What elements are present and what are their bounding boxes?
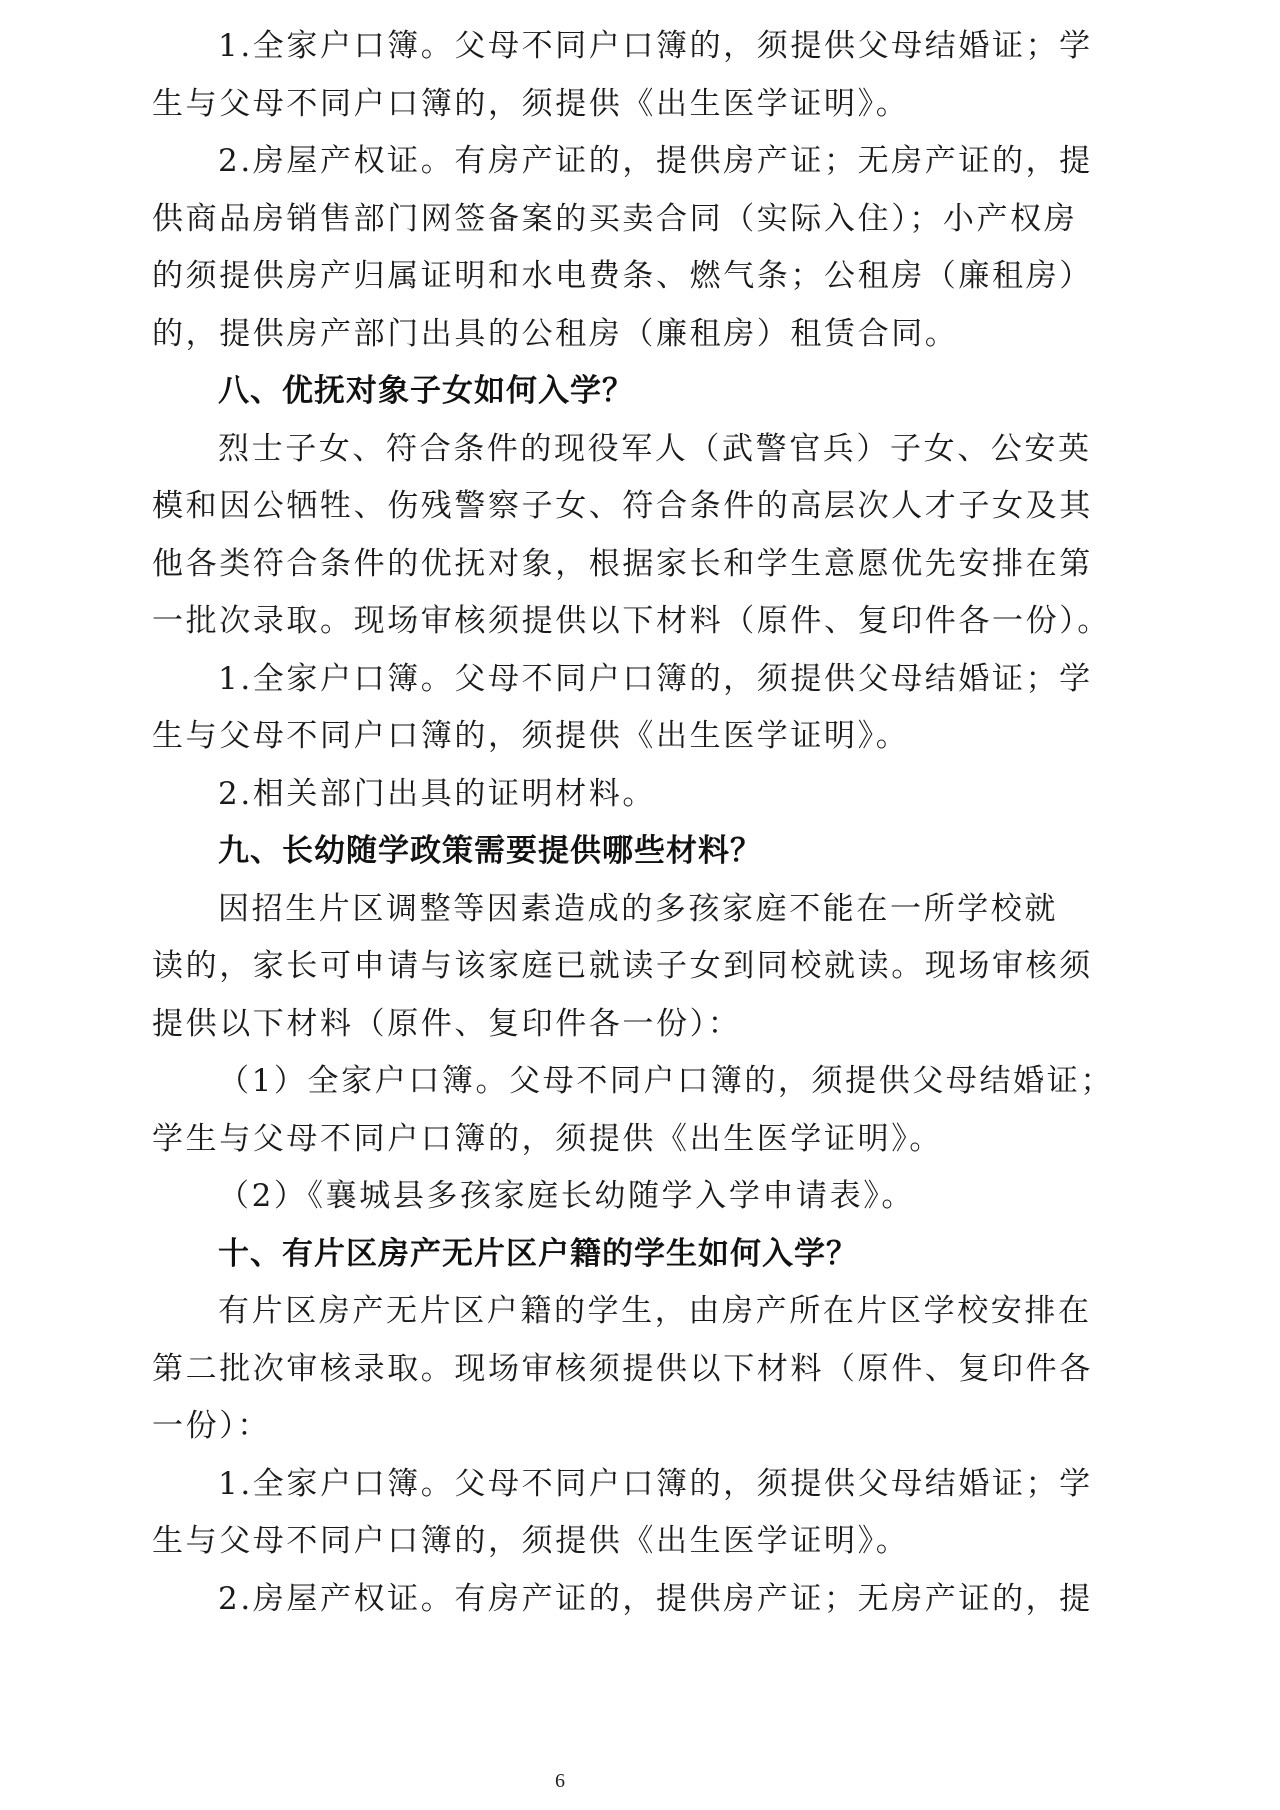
paragraph-line: 提供以下材料（原件、复印件各一份）： <box>152 996 970 1054</box>
paragraph-line: 的须提供房产归属证明和水电费条、燃气条；公租房（廉租房） <box>152 248 970 306</box>
list-item-property-certificate: 2.房屋产权证。有房产证的，提供房产证；无房产证的，提 <box>152 133 970 191</box>
paragraph-line: 供商品房销售部门网签备案的买卖合同（实际入住）；小产权房 <box>152 191 970 249</box>
paragraph-line: 有片区房产无片区户籍的学生，由房产所在片区学校安排在 <box>152 1283 970 1341</box>
paragraph-line: 一批次录取。现场审核须提供以下材料（原件、复印件各一份）。 <box>152 593 970 651</box>
list-item-household-register: （1）全家户口簿。父母不同户口簿的，须提供父母结婚证； <box>152 1053 970 1111</box>
paragraph-line: 生与父母不同户口簿的，须提供《出生医学证明》。 <box>152 76 970 134</box>
paragraph-line: 一份）： <box>152 1398 970 1456</box>
paragraph-line: 烈士子女、符合条件的现役军人（武警官兵）子女、公安英 <box>152 421 970 479</box>
list-item-household-register: 1.全家户口簿。父母不同户口簿的，须提供父母结婚证；学 <box>152 1456 970 1514</box>
paragraph-line: 生与父母不同户口簿的，须提供《出生医学证明》。 <box>152 708 970 766</box>
section-heading-10: 十、有片区房产无片区户籍的学生如何入学？ <box>152 1226 970 1284</box>
list-item-application-form: （2）《襄城县多孩家庭长幼随学入学申请表》。 <box>152 1168 970 1226</box>
paragraph-line: 因招生片区调整等因素造成的多孩家庭不能在一所学校就 <box>152 881 970 939</box>
document-page: 1.全家户口簿。父母不同户口簿的，须提供父母结婚证；学 生与父母不同户口簿的，须… <box>152 18 970 1628</box>
list-item-property-certificate: 2.房屋产权证。有房产证的，提供房产证；无房产证的，提 <box>152 1571 970 1629</box>
paragraph-line: 他各类符合条件的优抚对象，根据家长和学生意愿优先安排在第 <box>152 536 970 594</box>
section-heading-9: 九、长幼随学政策需要提供哪些材料？ <box>152 823 970 881</box>
list-item-certificate-materials: 2.相关部门出具的证明材料。 <box>152 766 970 824</box>
list-item-household-register: 1.全家户口簿。父母不同户口簿的，须提供父母结婚证；学 <box>152 651 970 709</box>
page-number: 6 <box>0 1770 1120 1793</box>
paragraph-line: 的，提供房产部门出具的公租房（廉租房）租赁合同。 <box>152 306 970 364</box>
paragraph-line: 学生与父母不同户口簿的，须提供《出生医学证明》。 <box>152 1111 970 1169</box>
paragraph-line: 模和因公牺牲、伤残警察子女、符合条件的高层次人才子女及其 <box>152 478 970 536</box>
list-item-household-register: 1.全家户口簿。父母不同户口簿的，须提供父母结婚证；学 <box>152 18 970 76</box>
paragraph-line: 生与父母不同户口簿的，须提供《出生医学证明》。 <box>152 1513 970 1571</box>
paragraph-line: 第二批次审核录取。现场审核须提供以下材料（原件、复印件各 <box>152 1341 970 1399</box>
section-heading-8: 八、优抚对象子女如何入学？ <box>152 363 970 421</box>
paragraph-line: 读的，家长可申请与该家庭已就读子女到同校就读。现场审核须 <box>152 938 970 996</box>
